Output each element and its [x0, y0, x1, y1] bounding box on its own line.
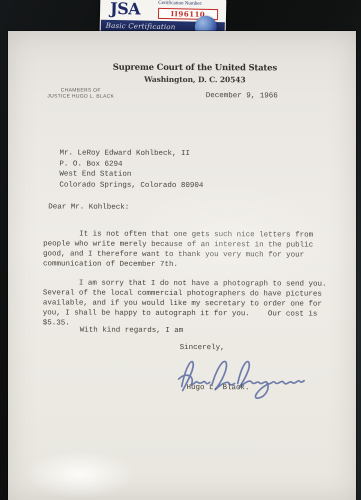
signature-icon — [175, 351, 315, 402]
letter-content: Supreme Court of the United States Washi… — [7, 30, 357, 500]
jsa-logo: JSA — [110, 0, 140, 19]
typed-name: Hugo L. Black. — [186, 384, 249, 392]
closing-line: With kind regards, I am — [80, 327, 184, 335]
certification-number-label: Certification Number: — [158, 1, 222, 7]
salutation: Dear Mr. Kohlbeck: — [48, 203, 129, 211]
letterhead: Supreme Court of the United States Washi… — [21, 62, 361, 85]
recipient-station: West End Station — [59, 169, 203, 180]
body-paragraph-1: It is not often that one gets such nice … — [43, 229, 335, 270]
recipient-city-state-zip: Colorado Springs, Colorado 80904 — [59, 180, 203, 191]
letterhead-court-name: Supreme Court of the United States — [21, 62, 361, 74]
recipient-po-box: P. O. Box 6294 — [59, 159, 203, 170]
letter-page: Supreme Court of the United States Washi… — [8, 31, 356, 500]
glare-spot — [25, 450, 135, 498]
letter-date: December 9, 1966 — [206, 92, 278, 100]
recipient-name: Mr. LeRoy Edward Kohlbeck, II — [59, 148, 203, 159]
photo-background: JSA Certification Number: II96110 Basic … — [0, 0, 361, 500]
chambers-justice-name: JUSTICE HUGO L. BLACK — [43, 93, 119, 99]
letterhead-city-line: Washington, D. C. 20543 — [21, 74, 361, 85]
chambers-block: CHAMBERS OF JUSTICE HUGO L. BLACK — [43, 87, 119, 99]
recipient-address: Mr. LeRoy Edward Kohlbeck, II P. O. Box … — [59, 148, 203, 191]
jsa-certification-sticker: JSA Certification Number: II96110 Basic … — [100, 0, 227, 34]
body-paragraph-2: I am sorry that I do not have a photogra… — [43, 278, 335, 329]
